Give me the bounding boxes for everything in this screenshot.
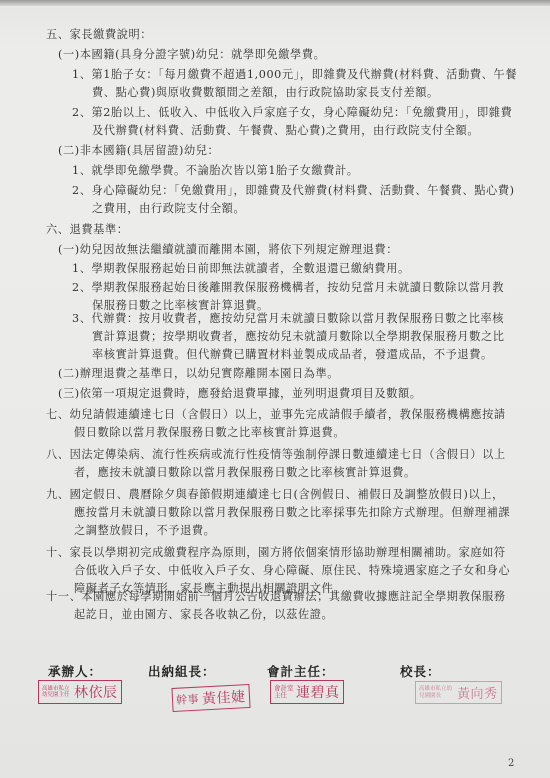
text-line: 之費用，由行政院支付全額。 (92, 201, 245, 216)
section-heading-line: 九、國定假日、農曆除夕與春節假期連續達七日(含例假日、補假日及調整放假日)以上， (46, 487, 504, 502)
signature-label-principal: 校長： (400, 662, 441, 680)
signature-label-accountant: 會計主任： (267, 662, 335, 680)
page-number: 2 (508, 758, 514, 769)
text-line: 實計算退費；按學期收費者，應按幼兒未就讀月數除以全學期教保服務月數之比 (92, 329, 505, 344)
text-line: 2、身心障礙幼兒：「免繳費用」，即雜費及代辦費(材料費、活動費、午餐費、點心費) (72, 183, 515, 198)
text-line: (一)幼兒因故無法繼續就讀而離開本園，將依下列規定辦理退費： (58, 242, 398, 257)
text-line: 1、就學即免繳學費。不論胎次皆以第1胎子女繳費計。 (72, 163, 359, 178)
text-line: 起訖日，並由園方、家長各收執乙份，以茲佐證。 (74, 607, 333, 622)
text-line: 2、學期教保服務起始日後離開教保服務機構者，按幼兒當月未就讀日數除以當月教 (72, 280, 504, 295)
stamp-name: 連碧真 (296, 682, 340, 702)
text-line: 應按當月未就讀日數除以當月教保服務日數之比率採事先扣除方式辦理。但辦理補課 (74, 505, 510, 520)
text-line: 假日數除以當月教保服務日數之比率核實計算退費。 (74, 425, 345, 440)
stamp-name: 林依辰 (74, 682, 118, 702)
section-heading-line: 六、退費基準： (46, 222, 129, 237)
text-line: 率核實計算退費。但代辦費已購置材料並製成成品者，發還成品，不予退費。 (92, 347, 493, 362)
stamp-prefix: 高雄市私立幼兒園主任 (42, 686, 72, 699)
text-line: 及代辦費(材料費、活動費、午餐費、點心費)之費用，由行政院支付全額。 (92, 123, 479, 138)
section-heading-line: 十一、本園應於每學期開始前一個月公告收退費辦法；其繳費收據應註記全學期教保服務 (46, 589, 506, 604)
stamp-prefix: 會計室主任 (274, 685, 294, 700)
text-line: (三)依第一項規定退費時，應發給退費單據，並列明退費項目及數額。 (58, 386, 422, 401)
text-line: 費、點心費)與原收費數額間之差額，由行政院協助家長支付差額。 (92, 85, 439, 100)
signature-label-handler: 承辦人： (48, 662, 102, 680)
stamp-handler: 高雄市私立幼兒園主任 林依辰 (38, 680, 122, 704)
stamp-prefix: 高雄市私立幼兒園園長 (419, 686, 455, 699)
document-page: 五、家長繳費說明：(一)本國籍(具身分證字號)幼兒：就學即免繳學費。1、第1胎子… (0, 0, 550, 778)
stamp-principal: 高雄市私立幼兒園園長 黃向秀 (415, 681, 502, 704)
stamp-accountant: 會計室主任 連碧真 (270, 680, 344, 704)
text-line: (二)辦理退費之基準日，以幼兒實際離開本園日為準。 (58, 366, 339, 381)
text-line: (一)本國籍(具身分證字號)幼兒：就學即免繳學費。 (58, 47, 325, 62)
text-line: 者，應按未就讀日數除以當月教保服務日數之比率核實計算退費。 (74, 465, 416, 480)
section-heading-line: 五、家長繳費說明： (46, 27, 152, 42)
stamp-name: 黃佳婕 (201, 686, 245, 708)
signature-block: 承辦人： 高雄市私立幼兒園主任 林依辰 出納組長： 幹事 黃佳婕 會計主任： 會… (0, 650, 550, 730)
text-line: 1、第1胎子女：「每月繳費不超過1,000元」，即雜費及代辦費(材料費、活動費、… (72, 67, 517, 82)
stamp-name: 黃向秀 (457, 683, 498, 702)
section-heading-line: 七、幼兒請假連續達七日（含假日）以上，並事先完成請假手續者，教保服務機構應按請 (46, 407, 506, 422)
stamp-prefix: 幹事 (176, 691, 200, 708)
text-line: 2、第2胎以上、低收入、中低收入戶家庭子女，身心障礙幼兒：「免繳費用」，即雜費 (72, 105, 512, 120)
text-line: (二)非本國籍(具居留證)幼兒： (58, 143, 219, 158)
text-line: 合低收入戶子女、中低收入戶子女、身心障礙、原住民、特殊境遇家庭之子女和身心 (74, 563, 510, 578)
stamp-cashier: 幹事 黃佳婕 (171, 684, 250, 712)
signature-label-cashier: 出納組長： (148, 662, 216, 680)
section-heading-line: 十、家長以學期初完成繳費程序為原則，園方將依個案情形協助辦理相關補助。家庭如符 (46, 545, 506, 560)
text-line: 3、代辦費：按月收費者，應按幼兒當月未就讀日數除以當月教保服務日數之比率核 (72, 311, 504, 326)
section-heading-line: 八、因法定傳染病、流行性疾病或流行性疫情等強制停課日數連續達七日（含假日）以上 (46, 447, 506, 462)
text-line: 之調整放假日，不予退費。 (74, 523, 215, 538)
text-line: 1、學期教保服務起始日前即無法就讀者，全數退還已繳納費用。 (72, 261, 410, 276)
